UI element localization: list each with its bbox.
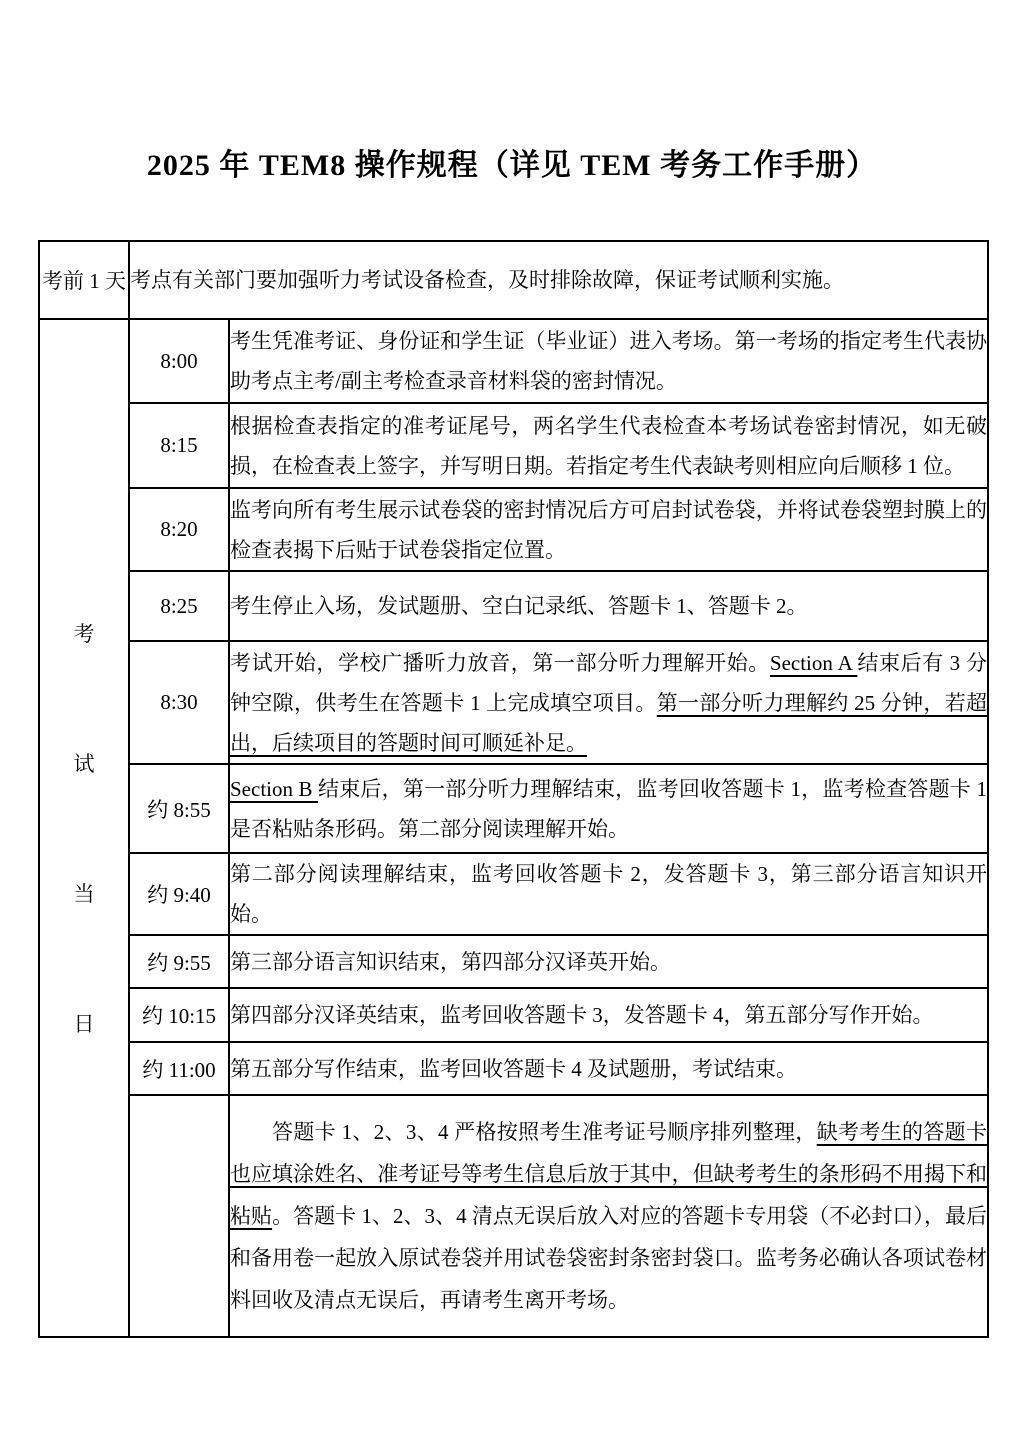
text-segment: 根据检查表指定的准考证尾号，两名学生代表检查本考场试卷密封情况，如无破损，在检查… [230,414,987,478]
table-row-0825: 8:25 考生停止入场，发试题册、空白记录纸、答题卡 1、答题卡 2。 [39,571,988,641]
text-segment: 答题卡 1、2、3、4 严格按照考生准考证号顺序排列整理， [272,1120,817,1144]
description-cell: 考生凭准考证、身份证和学生证（毕业证）进入考场。第一考场的指定考生代表协助考点主… [229,319,988,403]
table-row-0815: 8:15 根据检查表指定的准考证尾号，两名学生代表检查本考场试卷密封情况，如无破… [39,403,988,488]
time-cell: 约 9:55 [129,935,229,988]
exam-day-vertical-label: 考 试 当 日 [40,338,128,1318]
description-cell: Section B 结束后，第一部分听力理解结束，监考回收答题卡 1，监考检查答… [229,764,988,853]
table-row-0830: 8:30 考试开始，学校广播听力放音，第一部分听力理解开始。Section A … [39,641,988,764]
day-before-label: 考前 1 天 [39,241,129,319]
text-segment: 。答题卡 1、2、3、4 清点无误后放入对应的答题卡专用袋（不必封口），最后和备… [230,1204,987,1312]
text-segment: 结束后，第一部分听力理解结束，监考回收答题卡 1，监考检查答题卡 1 是否粘贴条… [230,777,987,841]
time-cell: 约 8:55 [129,764,229,853]
document-page: 2025 年 TEM8 操作规程（详见 TEM 考务工作手册） 考前 1 天 考… [0,0,1024,1448]
text-segment: 考生凭准考证、身份证和学生证（毕业证）进入考场。第一考场的指定考生代表协助考点主… [230,329,987,393]
description-cell: 第二部分阅读理解结束，监考回收答题卡 2，发答题卡 3，第三部分语言知识开始。 [229,853,988,935]
table-row-0855: 约 8:55 Section B 结束后，第一部分听力理解结束，监考回收答题卡 … [39,764,988,853]
document-title: 2025 年 TEM8 操作规程（详见 TEM 考务工作手册） [0,140,1024,184]
text-segment: 考试开始，学校广播听力放音，第一部分听力理解开始。 [230,651,770,675]
table-row-0800: 考 试 当 日 8:00 考生凭准考证、身份证和学生证（毕业证）进入考场。第一考… [39,319,988,403]
table-row-0955: 约 9:55 第三部分语言知识结束，第四部分汉译英开始。 [39,935,988,988]
description-cell: 第五部分写作结束，监考回收答题卡 4 及试题册，考试结束。 [229,1042,988,1095]
table-row-1100: 约 11:00 第五部分写作结束，监考回收答题卡 4 及试题册，考试结束。 [39,1042,988,1095]
time-cell: 8:20 [129,488,229,571]
text-segment: 第三部分语言知识结束，第四部分汉译英开始。 [230,950,671,974]
time-cell: 8:15 [129,403,229,488]
time-cell: 约 11:00 [129,1042,229,1095]
underlined-text-segment: Section B [230,777,318,801]
empty-time-cell [129,1095,229,1337]
text-segment: 考生停止入场，发试题册、空白记录纸、答题卡 1、答题卡 2。 [230,594,808,618]
exam-day-char: 考 [74,618,95,648]
time-cell: 8:30 [129,641,229,764]
final-note-paragraph: 答题卡 1、2、3、4 严格按照考生准考证号顺序排列整理，缺考考生的答题卡也应填… [230,1111,987,1321]
text-segment: 第五部分写作结束，监考回收答题卡 4 及试题册，考试结束。 [230,1057,797,1081]
table-row-1015: 约 10:15 第四部分汉译英结束，监考回收答题卡 3，发答题卡 4，第五部分写… [39,988,988,1042]
exam-day-char: 当 [74,878,95,908]
table-row-final-note: 答题卡 1、2、3、4 严格按照考生准考证号顺序排列整理，缺考考生的答题卡也应填… [39,1095,988,1337]
description-cell: 监考向所有考生展示试卷袋的密封情况后方可启封试卷袋，并将试卷袋塑封膜上的检查表揭… [229,488,988,571]
text-segment: 第四部分汉译英结束，监考回收答题卡 3，发答题卡 4，第五部分写作开始。 [230,1003,934,1027]
day-before-text: 考点有关部门要加强听力考试设备检查，及时排除故障，保证考试顺利实施。 [129,241,988,319]
exam-day-char: 试 [74,748,95,778]
time-cell: 8:25 [129,571,229,641]
time-cell: 约 9:40 [129,853,229,935]
exam-day-char: 日 [74,1008,95,1038]
description-cell: 第四部分汉译英结束，监考回收答题卡 3，发答题卡 4，第五部分写作开始。 [229,988,988,1042]
description-cell: 第三部分语言知识结束，第四部分汉译英开始。 [229,935,988,988]
final-note-cell: 答题卡 1、2、3、4 严格按照考生准考证号顺序排列整理，缺考考生的答题卡也应填… [229,1095,988,1337]
table-row-0820: 8:20 监考向所有考生展示试卷袋的密封情况后方可启封试卷袋，并将试卷袋塑封膜上… [39,488,988,571]
description-cell: 考生停止入场，发试题册、空白记录纸、答题卡 1、答题卡 2。 [229,571,988,641]
text-segment: 第二部分阅读理解结束，监考回收答题卡 2，发答题卡 3，第三部分语言知识开始。 [230,862,987,926]
description-cell: 考试开始，学校广播听力放音，第一部分听力理解开始。Section A 结束后有 … [229,641,988,764]
underlined-text-segment: Section A [770,651,858,675]
exam-schedule-table: 考前 1 天 考点有关部门要加强听力考试设备检查，及时排除故障，保证考试顺利实施… [38,240,989,1338]
time-cell: 约 10:15 [129,988,229,1042]
description-cell: 根据检查表指定的准考证尾号，两名学生代表检查本考场试卷密封情况，如无破损，在检查… [229,403,988,488]
text-segment: 监考向所有考生展示试卷袋的密封情况后方可启封试卷袋，并将试卷袋塑封膜上的检查表揭… [230,498,987,562]
table-row-0940: 约 9:40 第二部分阅读理解结束，监考回收答题卡 2，发答题卡 3，第三部分语… [39,853,988,935]
exam-day-label-cell: 考 试 当 日 [39,319,129,1337]
time-cell: 8:00 [129,319,229,403]
table-row-day-before: 考前 1 天 考点有关部门要加强听力考试设备检查，及时排除故障，保证考试顺利实施… [39,241,988,319]
